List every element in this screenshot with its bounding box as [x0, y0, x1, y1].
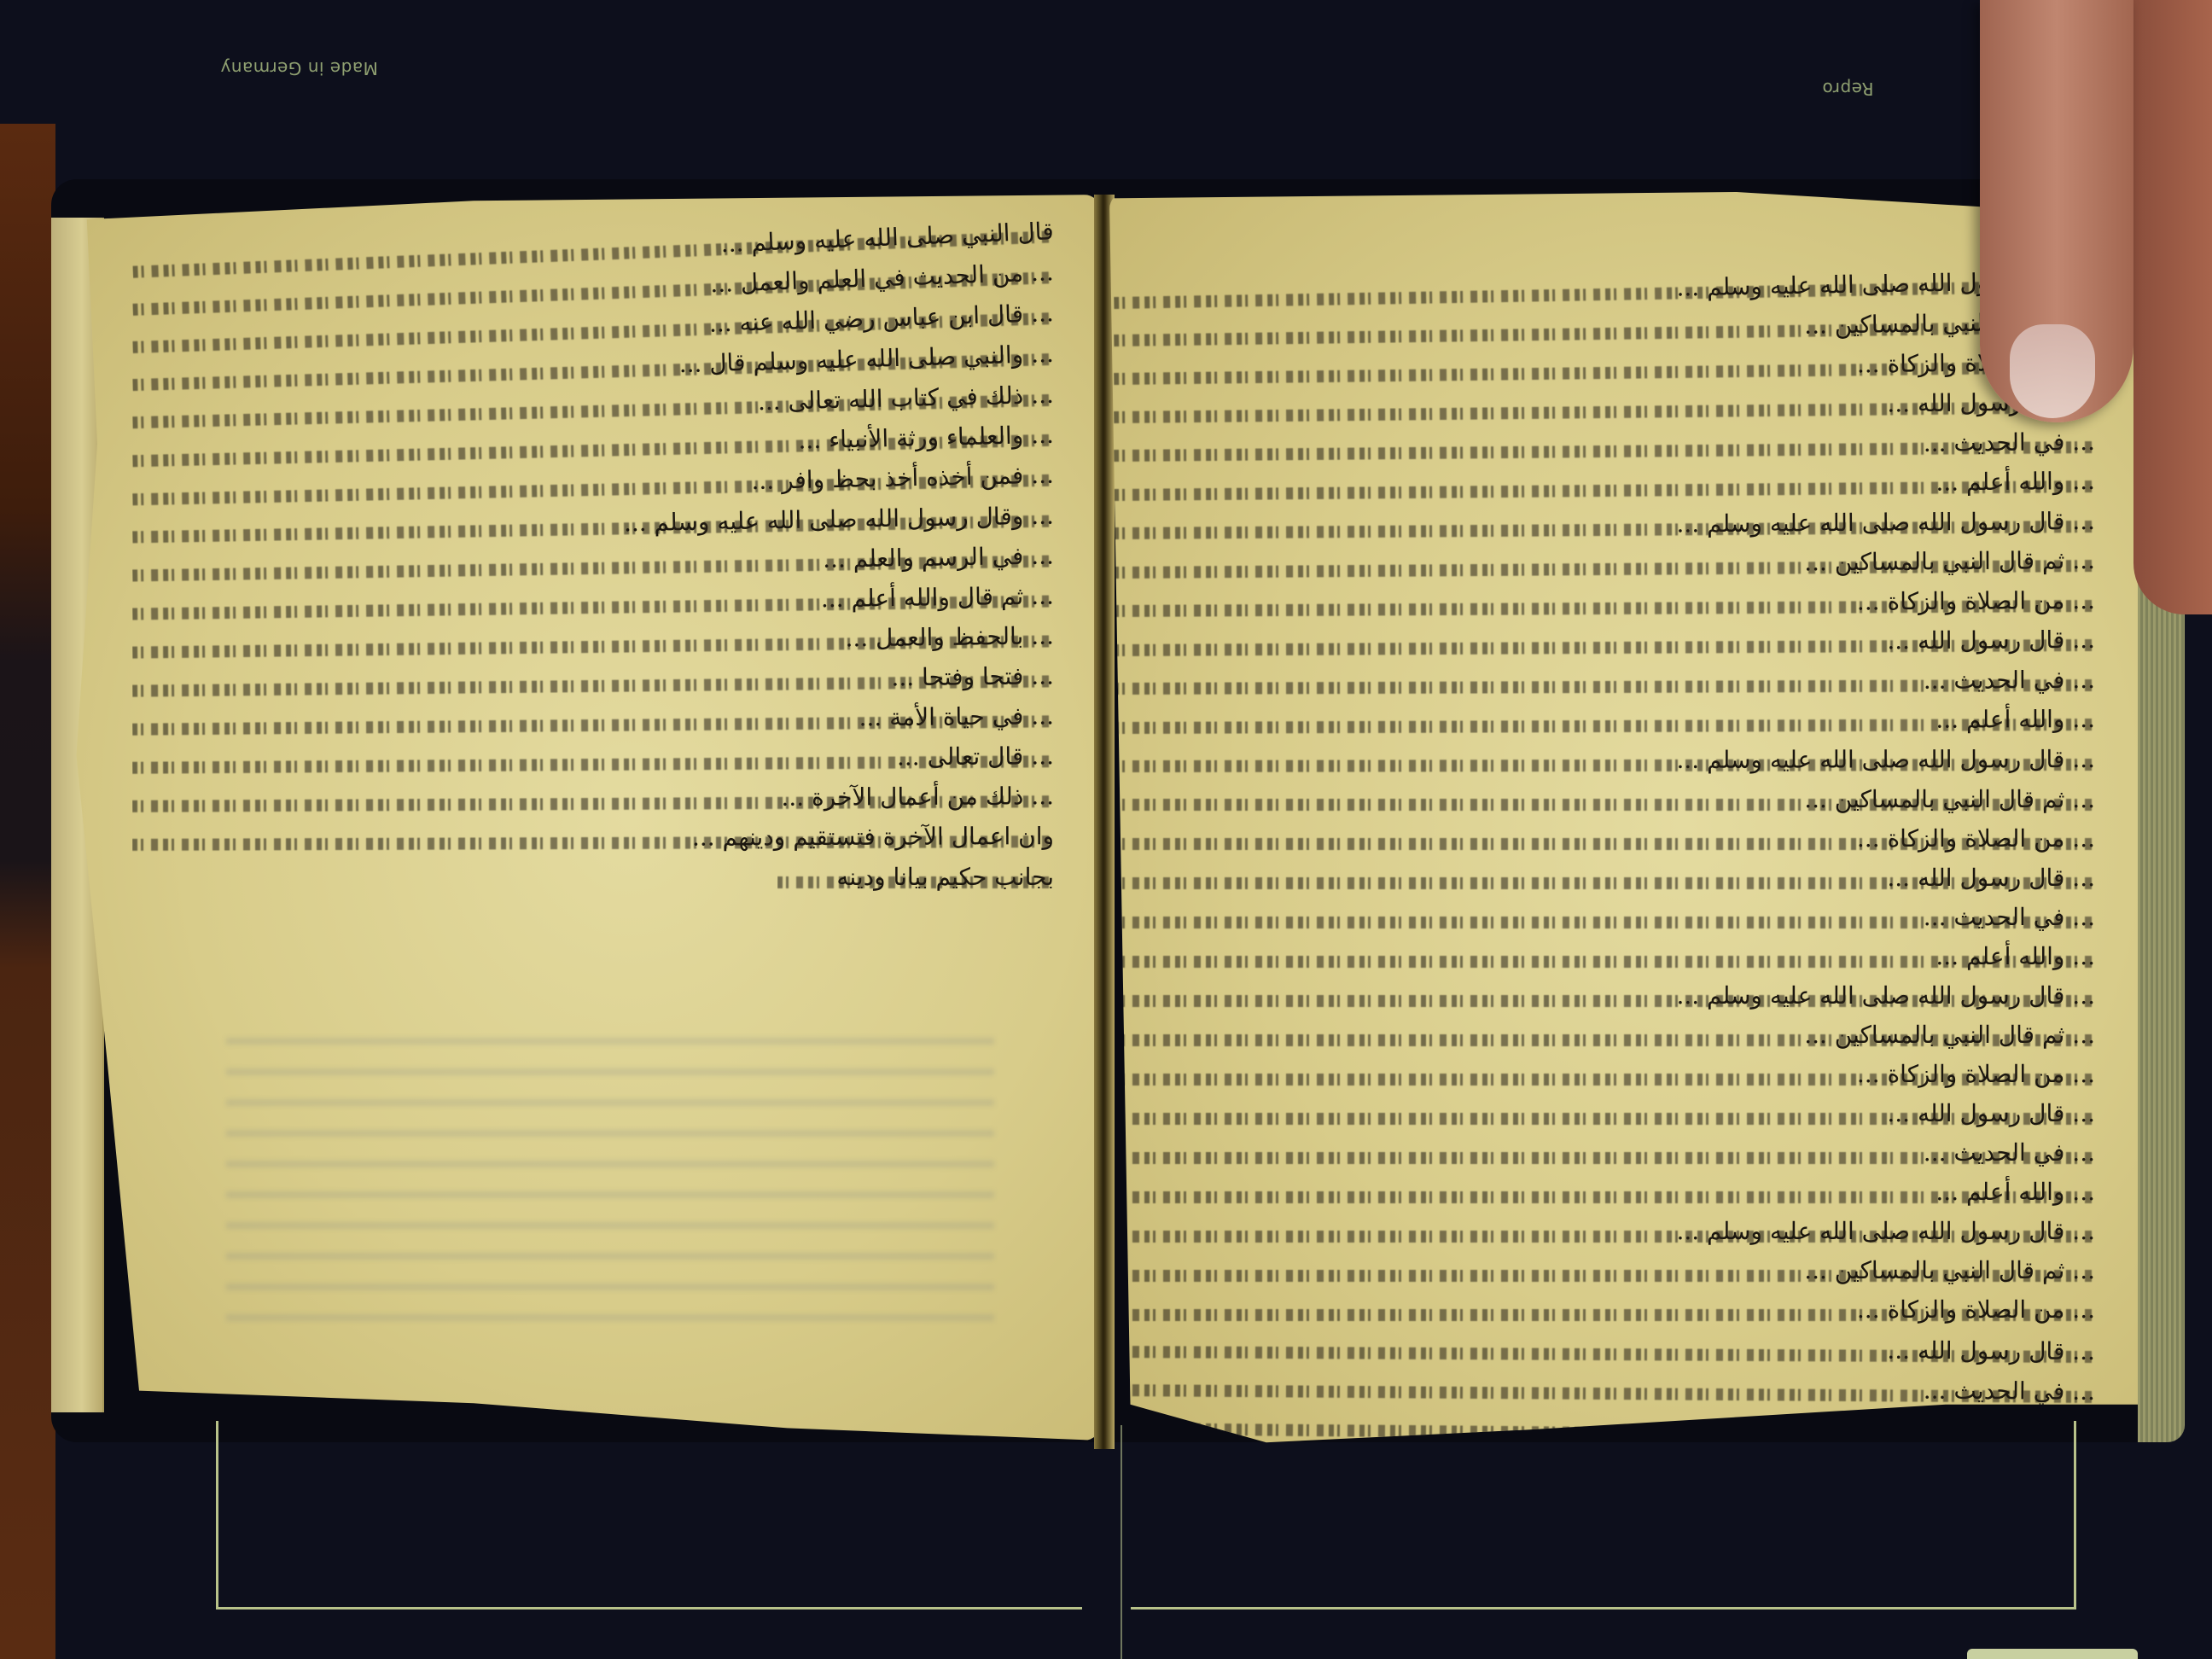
- manuscript-line: ... والله أعلم ...: [1114, 1176, 2095, 1208]
- manuscript-line: ... قال رسول الله صلى الله عليه وسلم ...: [1114, 1215, 2095, 1248]
- manuscript-line: ... قال رسول الله صلى الله عليه وسلم ...: [1114, 980, 2095, 1012]
- manuscript-line: ... قال رسول الله ...: [1114, 1097, 2095, 1130]
- manuscript-line: ... قال تعالى ...: [132, 740, 1054, 779]
- manuscript-line: ... من الصلاة والزكاة ...: [1114, 585, 2095, 622]
- manuscript-line: ... والله أعلم ...: [1114, 940, 2095, 973]
- thumbnail-nail: [2010, 324, 2095, 418]
- hand-fingers: [2133, 0, 2212, 614]
- manuscript-line: ... ذلك من أعمال الآخرة ...: [132, 780, 1054, 818]
- manuscript-line: ... بالحفظ والعمل ...: [132, 620, 1054, 663]
- manuscript-line: ... في الحديث ...: [1114, 901, 2095, 934]
- manuscript-line: ... من الصلاة والزكاة ...: [1114, 346, 2095, 390]
- manuscript-line: ... في الحديث ...: [1114, 1137, 2095, 1169]
- manuscript-line: ... قال رسول الله ...: [1114, 1330, 2095, 1368]
- manuscript-line: ... ثم قال النبي بالمساكين ...: [1114, 783, 2095, 816]
- book-gutter: [1094, 195, 1115, 1449]
- manuscript-line: ... ثم قال النبي بالمساكين ...: [1114, 1254, 2095, 1287]
- copy-stand-frame-right: [1131, 1421, 2076, 1610]
- manuscript-line: وان اعمال الآخرة فتستقيم ودينهم ...: [132, 820, 1054, 856]
- manuscript-line: ... والله أعلم ...: [1114, 465, 2095, 506]
- copy-stand-frame-left: [216, 1421, 1082, 1610]
- manuscript-line: ... في الحديث ...: [1114, 1369, 2095, 1408]
- manuscript-line: ... ثم قال النبي بالمساكين ...: [1114, 1019, 2095, 1051]
- manuscript-line: ... فتحا وفتحا ...: [132, 660, 1054, 701]
- made-in-germany-label: Made in Germany: [220, 58, 378, 79]
- bleed-through-text: [226, 1014, 994, 1338]
- manuscript-line: ... قال رسول الله ...: [1114, 624, 2095, 661]
- manuscript-line: ... قال رسول الله صلى الله عليه وسلم ...: [1114, 265, 2095, 314]
- manuscript-line: ... من الصلاة والزكاة ...: [1114, 1294, 2095, 1326]
- right-page-text: ... قال رسول الله صلى الله عليه وسلم ...…: [1114, 273, 2095, 1451]
- manuscript-line: ... ثم قال والله أعلم ...: [132, 579, 1054, 625]
- left-manuscript-page: قال النبي صلى الله عليه وسلم ... ... من …: [55, 195, 1101, 1441]
- manuscript-line: ... في الحديث ...: [1114, 664, 2095, 700]
- manuscript-line: ... قال رسول الله صلى الله عليه وسلم ...: [1114, 743, 2095, 777]
- manuscript-line: ... من الصلاة والزكاة ...: [1114, 823, 2095, 855]
- manuscript-line: ... في حياة الأمة ...: [132, 700, 1054, 740]
- manuscript-line: ... في الرسم والعلم ...: [132, 540, 1054, 587]
- manuscript-line: ... ثم قال النبي بالمساكين ...: [1114, 306, 2095, 352]
- manuscript-line: ... قال رسول الله صلى الله عليه وسلم ...: [1114, 505, 2095, 544]
- manuscript-line: ... في الحديث ...: [1114, 426, 2095, 467]
- manuscript-line: ... والله أعلم ...: [1114, 703, 2095, 739]
- manuscript-line: ... من الصلاة والزكاة ...: [1114, 1058, 2095, 1091]
- manuscript-line: ... قال رسول الله ...: [1114, 386, 2095, 428]
- manuscript-closing-line: بجانب حكيم بيانا ودينه: [777, 861, 1054, 894]
- manuscript-line: ... ثم قال النبي بالمساكين ...: [1114, 544, 2095, 584]
- repro-brand-label: Repro: [1822, 79, 1874, 99]
- left-page-text: قال النبي صلى الله عليه وسلم ... ... من …: [132, 233, 1054, 900]
- manuscript-line: ... قال رسول الله ...: [1114, 862, 2095, 894]
- copy-stand-tab: [1967, 1649, 2138, 1659]
- wooden-table-edge: [0, 124, 55, 1659]
- copy-stand-divider: [1121, 1425, 1122, 1659]
